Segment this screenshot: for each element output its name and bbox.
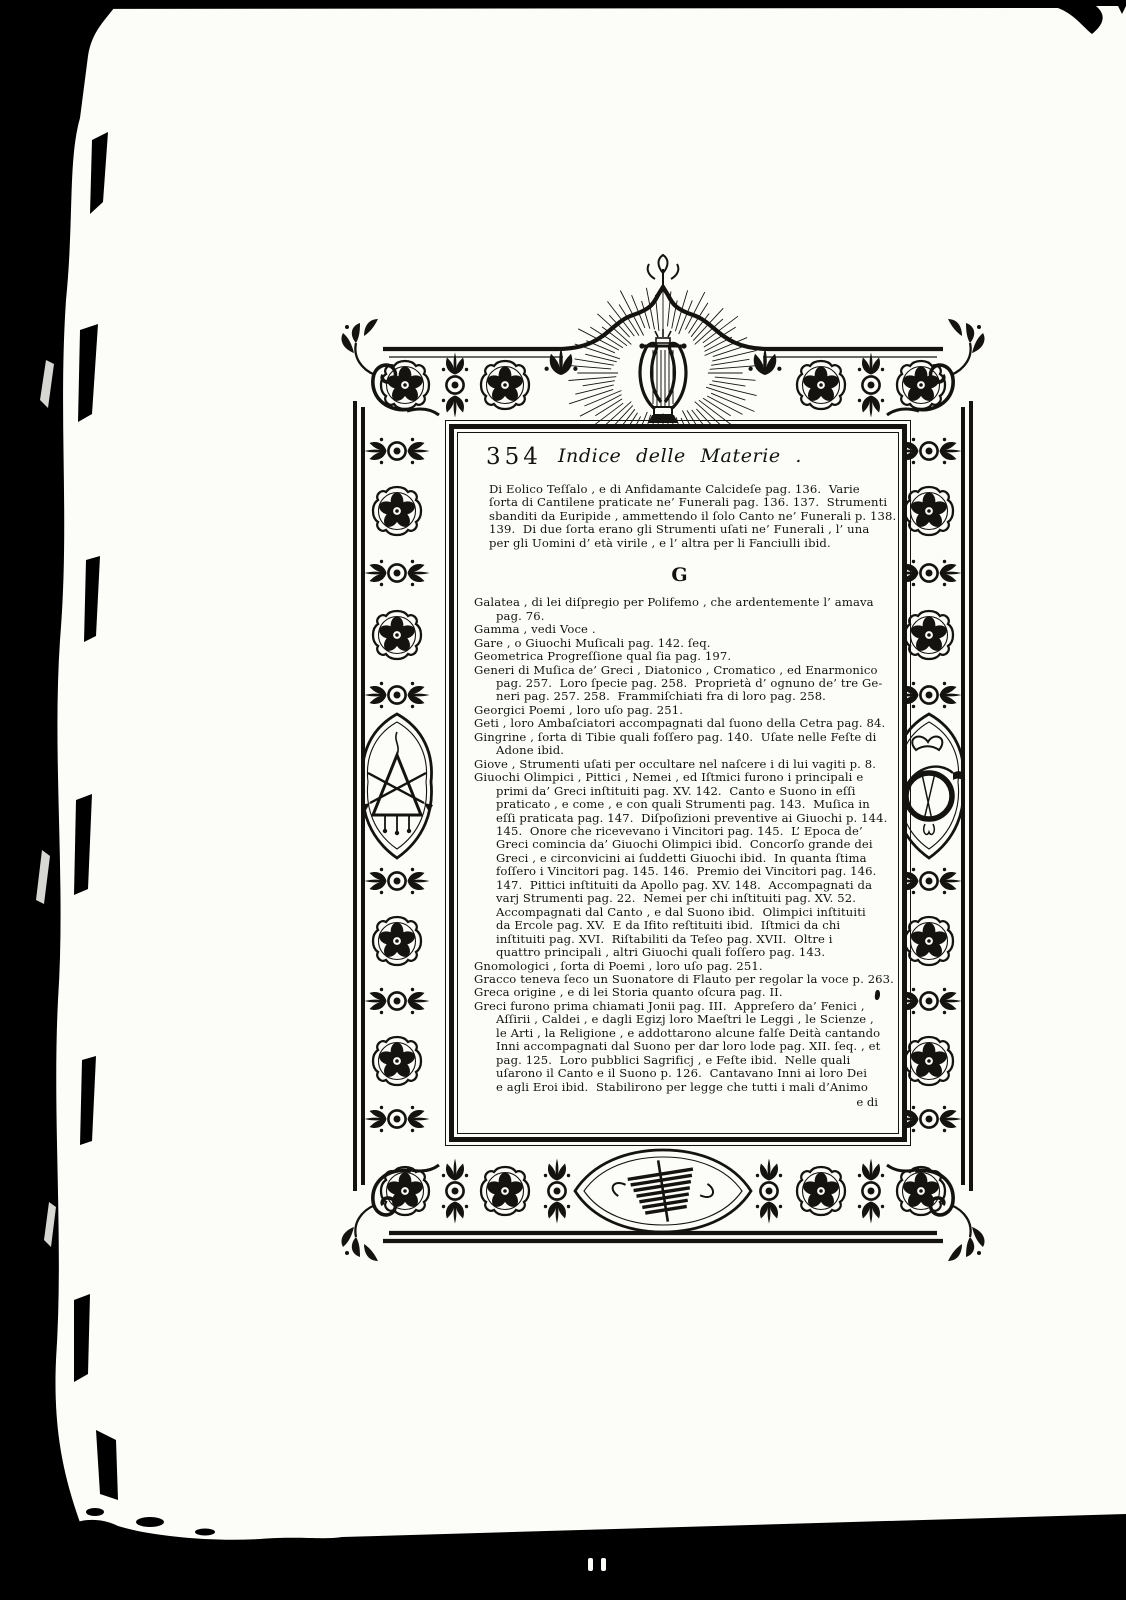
rosette-icon bbox=[381, 1167, 429, 1215]
index-line: Galatea , di lei diſpregio per Polifemo … bbox=[474, 596, 886, 609]
index-line: Gingrine , ſorta di Tibie quali foſſero … bbox=[474, 731, 886, 744]
rosette-icon bbox=[373, 917, 421, 965]
index-line: da Ercole pag. XV. E da Ifito reſtituiti… bbox=[474, 919, 886, 932]
rosette-icon bbox=[797, 1167, 845, 1215]
rosette-icon bbox=[481, 361, 529, 409]
index-line: eſſi praticata pag. 147. Diſpoſizioni pr… bbox=[474, 812, 886, 825]
index-entries: Galatea , di lei diſpregio per Polifemo … bbox=[474, 596, 886, 1094]
rosette-icon bbox=[905, 917, 953, 965]
tulip-icon bbox=[545, 348, 578, 376]
index-line: varj Strumenti pag. 22. Nemei per chi in… bbox=[474, 892, 886, 905]
rosette-icon bbox=[797, 361, 845, 409]
tulip-icon bbox=[749, 348, 782, 376]
index-line: primi da’ Greci inſtituiti pag. XV. 142.… bbox=[474, 785, 886, 798]
index-line: le Arti , la Religione , e addottarono a… bbox=[474, 1027, 886, 1040]
page-number: 354 bbox=[486, 444, 542, 470]
rosette-icon bbox=[905, 611, 953, 659]
index-line: 147. Pittici inſtituiti da Apollo pag. X… bbox=[474, 879, 886, 892]
catchword: e di bbox=[474, 1095, 886, 1109]
page-header: 354 Indice delle Materie . bbox=[474, 442, 886, 476]
index-line: Geometrica Progreſſione qual ſia pag. 19… bbox=[474, 650, 886, 663]
corner-scroll-top-right bbox=[887, 319, 985, 415]
index-line: Accompagnati dal Canto , e dal Suono ibi… bbox=[474, 906, 886, 919]
index-line: 139. Di due ſorta erano gli Strumenti uſ… bbox=[489, 523, 886, 536]
scan-edge-left bbox=[0, 0, 170, 1600]
index-line: Greci , e circonvicini ai ſuddetti Giuoc… bbox=[474, 852, 886, 865]
rosette-icon bbox=[381, 361, 429, 409]
continuation-paragraph: Di Eolico Teſſalo , e di Anfidamante Cal… bbox=[489, 483, 886, 550]
rosette-icon bbox=[897, 1167, 945, 1215]
ring-link-icon bbox=[858, 1159, 884, 1224]
rosette-icon bbox=[905, 1037, 953, 1085]
scan-white-dash bbox=[588, 1558, 593, 1571]
index-line: per gli Uomini d’ età virile , e l’ altr… bbox=[489, 537, 886, 550]
rosette-icon bbox=[373, 611, 421, 659]
index-line: Giuochi Olimpici , Pittici , Nemei , ed … bbox=[474, 771, 886, 784]
index-line: e agli Eroi ibid. Stabilirono per legge … bbox=[474, 1081, 886, 1094]
corner-scroll-top-left bbox=[341, 319, 439, 415]
index-line: Gamma , vedi Voce . bbox=[474, 623, 886, 636]
scan-white-dash bbox=[601, 1558, 606, 1571]
index-line: Inni accompagnati dal Suono per dar loro… bbox=[474, 1040, 886, 1053]
index-line: neri pag. 257. 258. Frammiſchiati fra di… bbox=[474, 690, 886, 703]
corner-scroll-bottom-right bbox=[887, 1165, 985, 1261]
index-line: Greci furono prima chiamati Jonii pag. I… bbox=[474, 1000, 886, 1013]
ring-link-icon bbox=[365, 438, 430, 464]
ring-link-icon bbox=[365, 868, 430, 894]
corner-scroll-bottom-left bbox=[341, 1165, 439, 1261]
rosette-icon bbox=[897, 361, 945, 409]
text-panel: 354 Indice delle Materie . Di Eolico Teſ… bbox=[449, 424, 907, 1142]
index-line: Greci comincia da’ Giuochi Olimpici ibid… bbox=[474, 838, 886, 851]
index-line: uſarono il Canto e il Suono p. 126. Cant… bbox=[474, 1067, 886, 1080]
index-line: pag. 257. Loro ſpecie pag. 258. Propriet… bbox=[474, 677, 886, 690]
index-line: pag. 125. Loro pubblici Sagrificj , e Fe… bbox=[474, 1054, 886, 1067]
trumpet-trophy-icon bbox=[361, 714, 433, 858]
scanned-book-page: 354 Indice delle Materie . Di Eolico Teſ… bbox=[0, 0, 1126, 1600]
index-line: quattro principali , altri Giuochi quali… bbox=[474, 946, 886, 959]
index-line: sbanditi da Euripide , ammettendo il ſol… bbox=[489, 510, 886, 523]
ring-link-icon bbox=[365, 560, 430, 586]
ring-link-icon bbox=[442, 353, 468, 418]
rosette-icon bbox=[905, 487, 953, 535]
index-line: Aſſirii , Caldei , e dagli Egizj loro Ma… bbox=[474, 1013, 886, 1026]
index-line: Adone ibid. bbox=[474, 744, 886, 757]
section-heading-G: G bbox=[474, 564, 886, 586]
scan-edge-bottom bbox=[0, 1460, 1126, 1600]
ring-link-icon bbox=[544, 1159, 570, 1224]
ring-link-icon bbox=[365, 988, 430, 1014]
index-line: Gracco teneva ſeco un Suonatore di Flaut… bbox=[474, 973, 886, 986]
ring-link-icon bbox=[756, 1159, 782, 1224]
ring-link-icon bbox=[365, 1106, 430, 1132]
index-line: ſorta di Cantilene praticate ne’ Funeral… bbox=[489, 496, 886, 509]
rosette-icon bbox=[373, 487, 421, 535]
scan-edge-top bbox=[0, 0, 1126, 40]
index-line: Geti , loro Ambaſciatori accompagnati da… bbox=[474, 717, 886, 730]
index-line: inſtituiti pag. XVI. Riſtabiliti da Teſe… bbox=[474, 933, 886, 946]
index-line: foſſero i Vincitori pag. 145. 146. Premi… bbox=[474, 865, 886, 878]
index-line: Generi di Muſica de’ Greci , Diatonico ,… bbox=[474, 664, 886, 677]
panel-inner-rule: 354 Indice delle Materie . Di Eolico Teſ… bbox=[457, 432, 899, 1134]
ring-link-icon bbox=[442, 1159, 468, 1224]
index-line: pag. 76. bbox=[474, 610, 886, 623]
index-line: Gnomologici , ſorta di Poemi , loro uſo … bbox=[474, 960, 886, 973]
index-line: Georgici Poemi , loro uſo pag. 251. bbox=[474, 704, 886, 717]
lyre-icon bbox=[639, 329, 686, 423]
rosette-icon bbox=[481, 1167, 529, 1215]
bottom-ornament-band bbox=[381, 1150, 945, 1232]
index-line: Di Eolico Teſſalo , e di Anfidamante Cal… bbox=[489, 483, 886, 496]
pan-flute-icon bbox=[575, 1150, 751, 1232]
left-ornament-band bbox=[361, 438, 433, 1132]
ring-link-icon bbox=[365, 682, 430, 708]
index-line: Giove , Strumenti uſati per occultare ne… bbox=[474, 758, 886, 771]
ring-link-icon bbox=[858, 353, 884, 418]
index-line: Gare , o Giuochi Muſicali pag. 142. ſeq. bbox=[474, 637, 886, 650]
index-line: Greca origine , e di lei Storia quanto o… bbox=[474, 986, 886, 999]
index-line: 145. Onore che ricevevano i Vincitori pa… bbox=[474, 825, 886, 838]
rosette-icon bbox=[373, 1037, 421, 1085]
index-line: praticato , e come , e con quali Strumen… bbox=[474, 798, 886, 811]
